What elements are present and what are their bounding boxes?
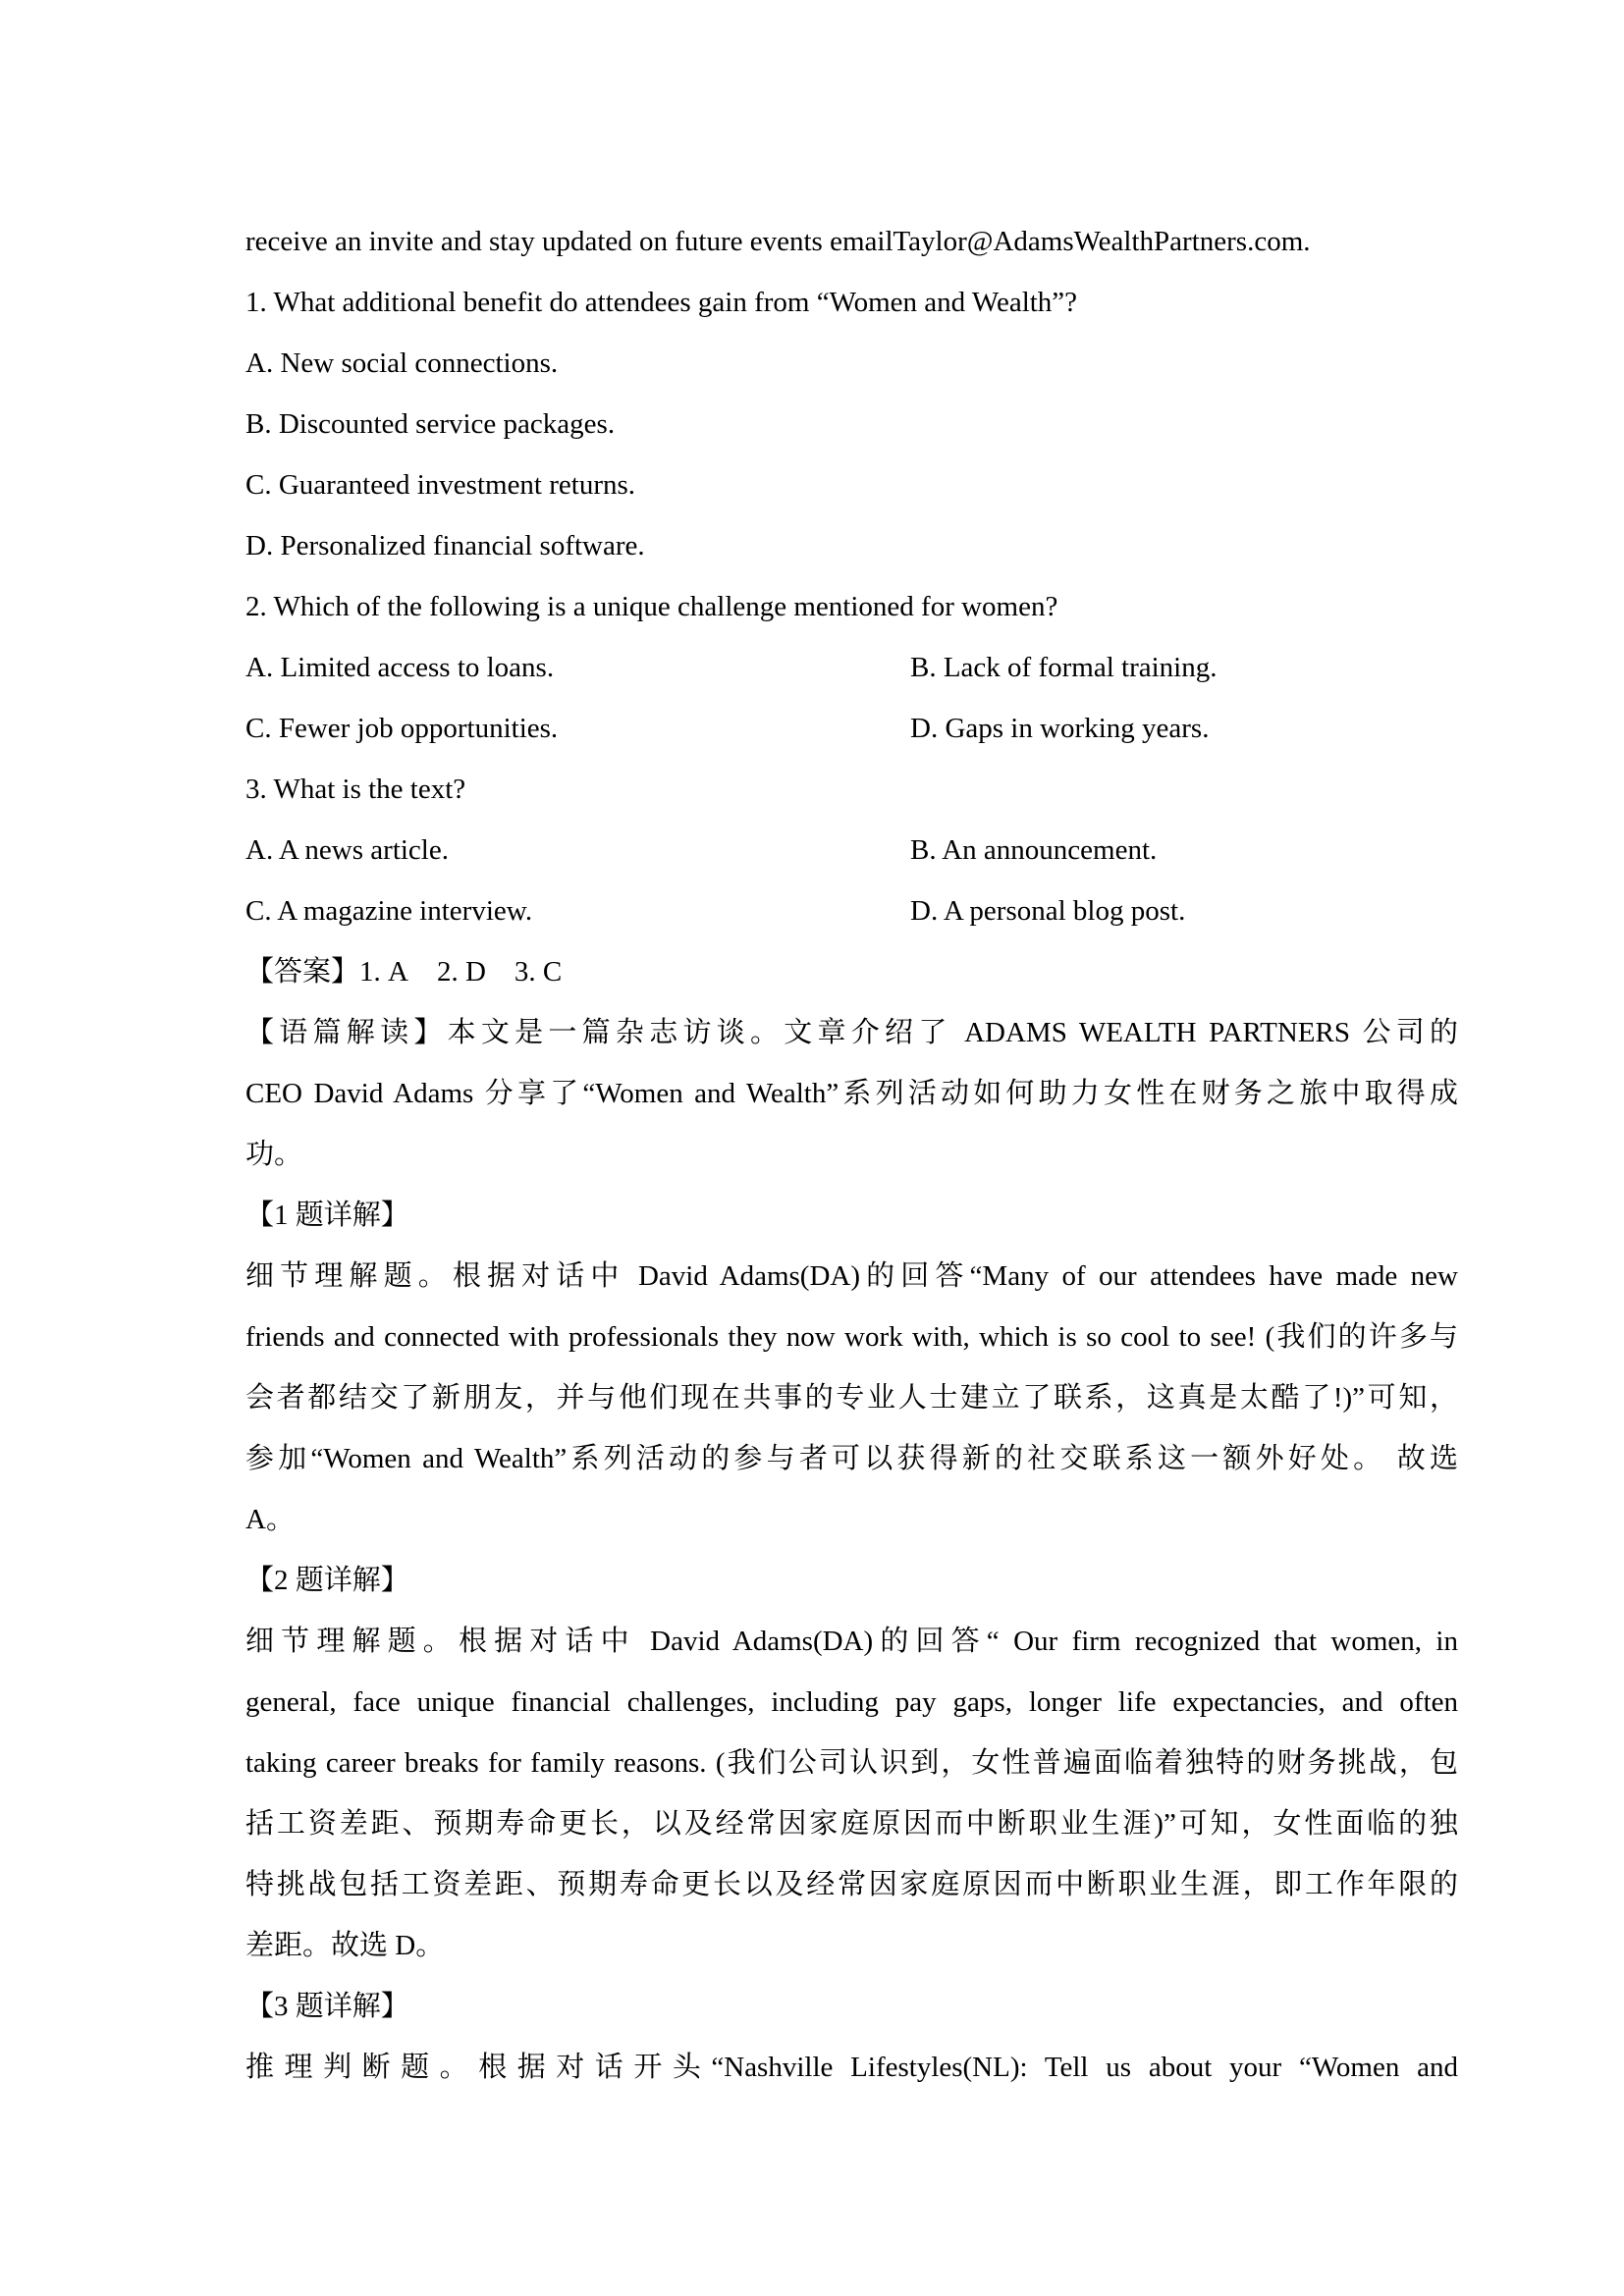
passage-last-line: receive an invite and stay updated on fu… — [245, 211, 1458, 272]
question-1-option-a: A. New social connections. — [245, 333, 1458, 394]
question-3-option-b: B. An announcement. — [910, 820, 1458, 881]
question-3-option-d: D. A personal blog post. — [910, 881, 1458, 941]
question-2-option-a: A. Limited access to loans. — [245, 637, 910, 698]
explanation-2-heading: 【2 题详解】 — [245, 1550, 1458, 1611]
question-1-option-c: C. Guaranteed investment returns. — [245, 454, 1458, 515]
explanation-1-line-5: A。 — [245, 1489, 1458, 1550]
passage-analysis-line-3: 功。 — [245, 1124, 1458, 1185]
explanation-1-line-1: 细节理解题。根据对话中 David Adams(DA)的回答“Many of o… — [245, 1246, 1458, 1307]
answer-key: 【答案】1. A 2. D 3. C — [245, 941, 1458, 1002]
question-2-options-row-2: C. Fewer job opportunities.D. Gaps in wo… — [245, 698, 1458, 759]
question-3-options-row-2: C. A magazine interview.D. A personal bl… — [245, 881, 1458, 941]
question-2-options-row-1: A. Limited access to loans.B. Lack of fo… — [245, 637, 1458, 698]
explanation-1-heading: 【1 题详解】 — [245, 1185, 1458, 1246]
explanation-2-line-4: 括工资差距、预期寿命更长，以及经常因家庭原因而中断职业生涯)”可知，女性面临的独 — [245, 1793, 1458, 1854]
question-1-text: 1. What additional benefit do attendees … — [245, 272, 1458, 333]
explanation-2-line-3: taking career breaks for family reasons.… — [245, 1733, 1458, 1793]
question-3-text: 3. What is the text? — [245, 759, 1458, 820]
passage-analysis-line-2: CEO David Adams 分享了“Women and Wealth”系列活… — [245, 1063, 1458, 1124]
question-3-option-a: A. A news article. — [245, 820, 910, 881]
question-2-option-b: B. Lack of formal training. — [910, 637, 1458, 698]
question-1-option-d: D. Personalized financial software. — [245, 515, 1458, 576]
passage-analysis-line-1: 【语篇解读】本文是一篇杂志访谈。文章介绍了 ADAMS WEALTH PARTN… — [245, 1002, 1458, 1063]
explanation-3-heading: 【3 题详解】 — [245, 1976, 1458, 2037]
question-2-option-c: C. Fewer job opportunities. — [245, 698, 910, 759]
question-2-text: 2. Which of the following is a unique ch… — [245, 576, 1458, 637]
explanation-3-line-1: 推理判断题。根据对话开头“Nashville Lifestyles(NL): T… — [245, 2037, 1458, 2098]
document-body: receive an invite and stay updated on fu… — [245, 211, 1458, 2098]
explanation-2-line-2: general, face unique financial challenge… — [245, 1672, 1458, 1733]
explanation-1-line-3: 会者都结交了新朋友，并与他们现在共事的专业人士建立了联系，这真是太酷了!)”可知… — [245, 1367, 1458, 1428]
question-3-options-row-1: A. A news article.B. An announcement. — [245, 820, 1458, 881]
explanation-1-line-2: friends and connected with professionals… — [245, 1307, 1458, 1367]
explanation-2-line-5: 特挑战包括工资差距、预期寿命更长以及经常因家庭原因而中断职业生涯，即工作年限的 — [245, 1854, 1458, 1915]
document-page: receive an invite and stay updated on fu… — [0, 0, 1624, 2296]
explanation-1-line-4: 参加“Women and Wealth”系列活动的参与者可以获得新的社交联系这一… — [245, 1428, 1458, 1489]
question-1-option-b: B. Discounted service packages. — [245, 394, 1458, 454]
question-3-option-c: C. A magazine interview. — [245, 881, 910, 941]
explanation-2-line-1: 细节理解题。根据对话中 David Adams(DA)的回答“ Our firm… — [245, 1611, 1458, 1672]
explanation-2-line-6: 差距。故选 D。 — [245, 1915, 1458, 1976]
question-2-option-d: D. Gaps in working years. — [910, 698, 1458, 759]
